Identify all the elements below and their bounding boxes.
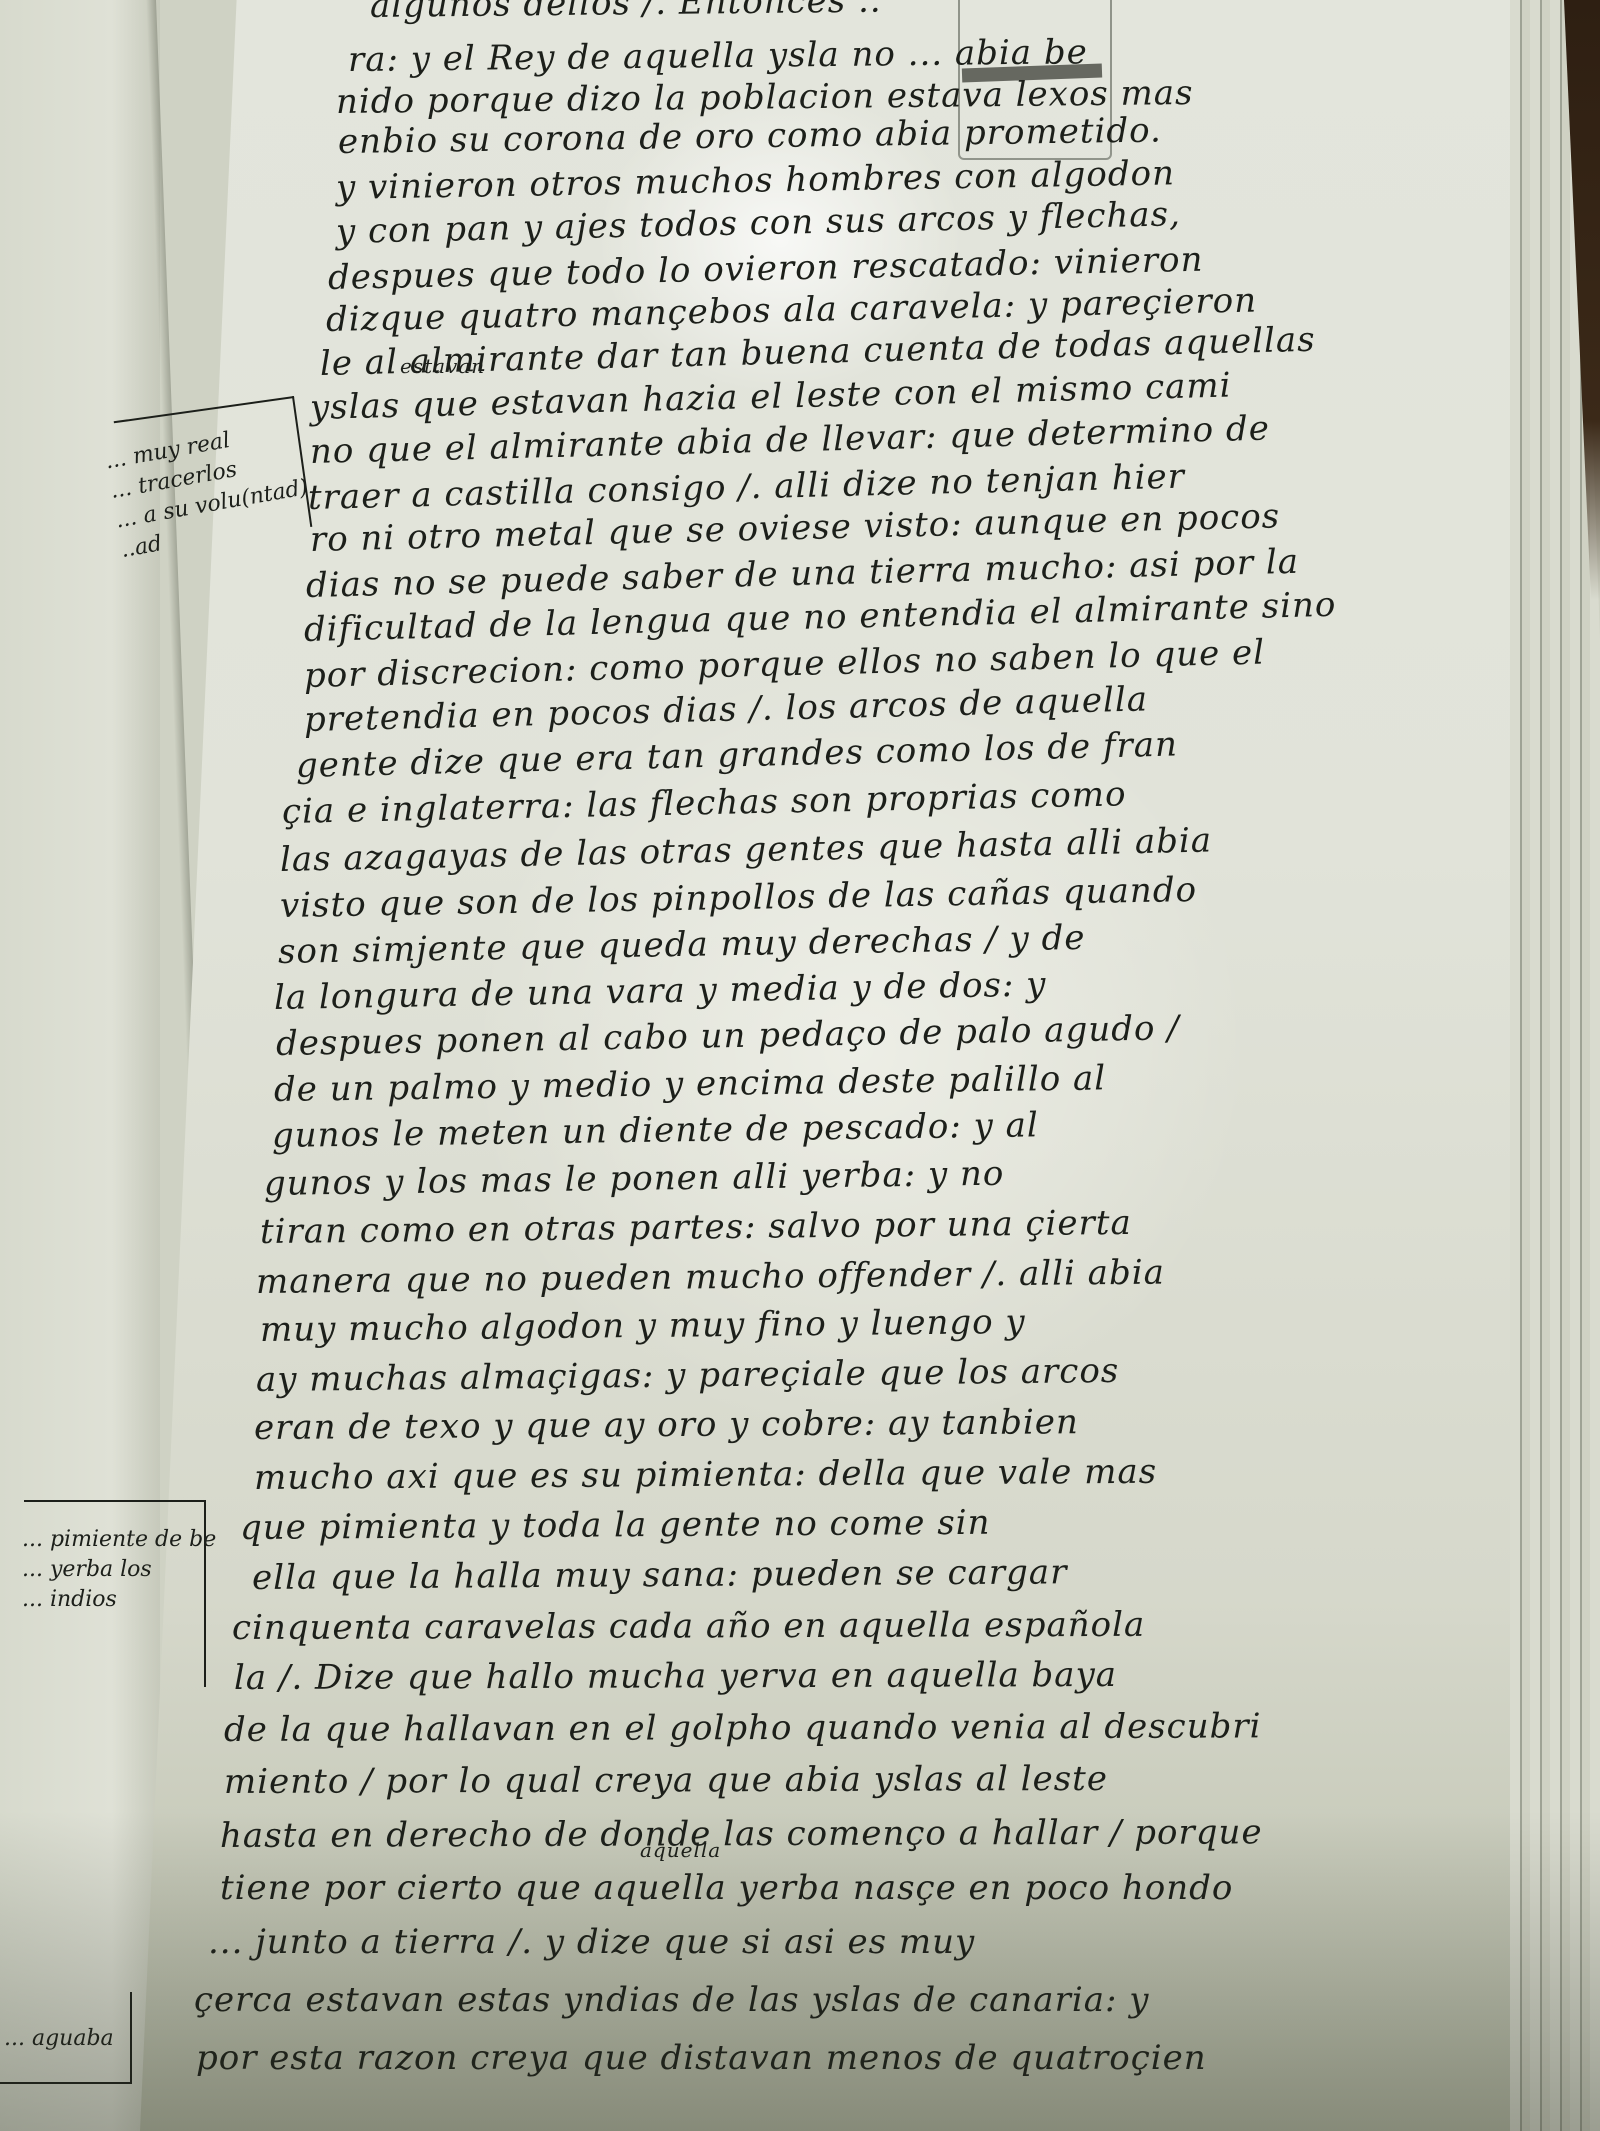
manuscript-photo: algunos dellos /. Entonces .. ra: y el R… [0,0,1600,2131]
text-line: que pimienta y toda la gente no come sin [240,1503,991,1548]
bottom-shadow [0,1811,1600,2131]
interlinear-insertion: estavan [400,354,485,378]
text-line: mucho axi que es su pimienta: della que … [254,1452,1157,1498]
margin-note-line: ... yerba los [22,1555,216,1585]
margin-note-line: ... pimiente de be [22,1525,216,1555]
margin-note-line: ... indios [22,1585,216,1615]
text-line: cinquenta caravelas cada año en aquella … [232,1605,1145,1648]
text-line: miento / por lo qual creya que abia ysla… [224,1759,1108,1802]
text-line: ella que la halla muy sana: pueden se ca… [252,1552,1068,1598]
text-line: ra: y el Rey de aquella ysla no ... abia… [348,32,1088,80]
margin-note: ... pimiente de be ... yerba los ... ind… [22,1525,216,1615]
text-line: de la que hallavan en el golpho quando v… [224,1706,1262,1750]
text-line: la /. Dize que hallo mucha yerva en aque… [234,1655,1117,1698]
text-line: muy mucho algodon y muy fino y luengo y [260,1302,1026,1350]
text-line: eran de texo y que ay oro y cobre: ay ta… [254,1402,1079,1448]
